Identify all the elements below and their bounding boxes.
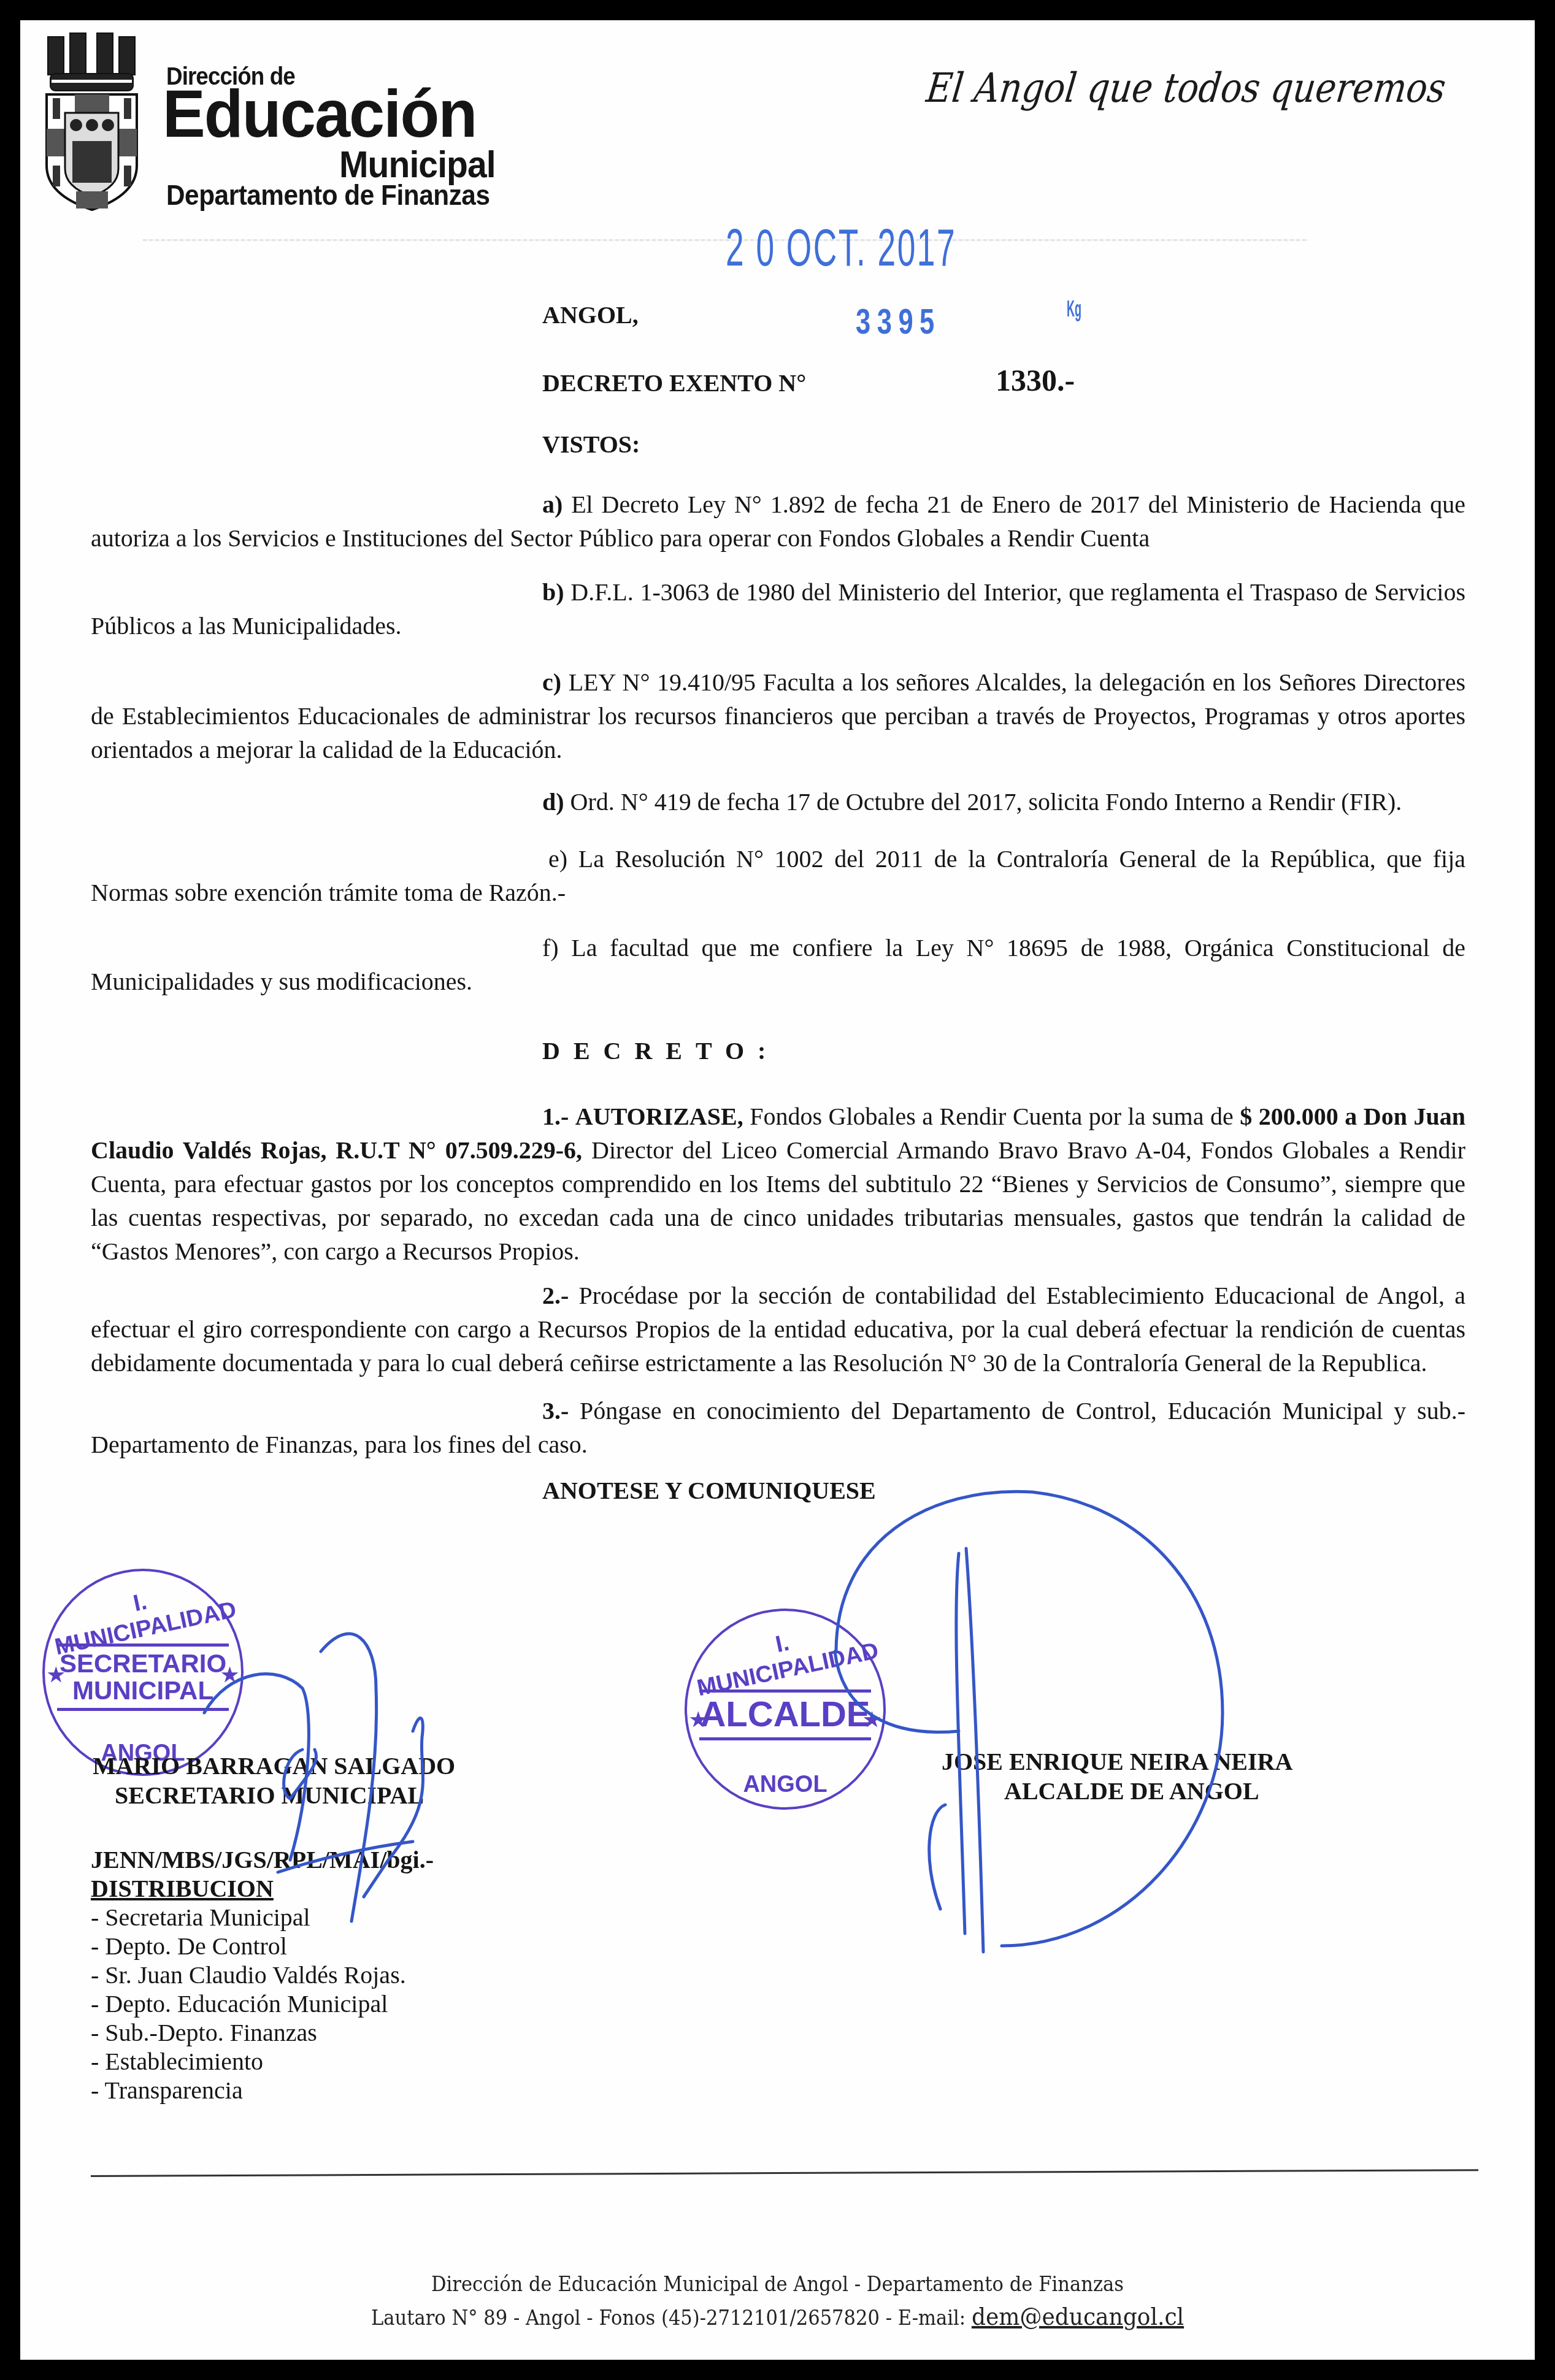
visto-e: e) La Resolución N° 1002 del 2011 de la … xyxy=(91,842,1465,909)
entry-number-stamp: 3395 xyxy=(856,301,941,342)
coat-of-arms-icon xyxy=(38,31,145,213)
vistos-heading: VISTOS: xyxy=(542,430,640,459)
decreto-item-3: 3.- Póngase en conocimiento del Departam… xyxy=(91,1394,1465,1461)
star-icon: ★ xyxy=(863,1708,881,1731)
seal-center: SECRETARIO MUNICIPAL xyxy=(57,1643,229,1711)
decreto-item-1: 1.- AUTORIZASE, Fondos Globales a Rendir… xyxy=(91,1100,1465,1268)
footer-divider xyxy=(91,2169,1478,2177)
distribution-item: - Secretaria Municipal xyxy=(91,1903,434,1932)
visto-b: b) D.F.L. 1-3063 de 1980 del Ministerio … xyxy=(91,575,1465,643)
footer-line-2: Lautaro N° 89 - Angol - Fonos (45)-27121… xyxy=(96,2303,1459,2331)
distribution-title: DISTRIBUCION xyxy=(91,1874,434,1903)
decreto-item-2: 2.- Procédase por la sección de contabil… xyxy=(91,1279,1465,1380)
initials-stamp: Kg xyxy=(1067,296,1081,322)
star-icon: ★ xyxy=(221,1663,239,1686)
mayor-name: JOSE ENRIQUE NEIRA NEIRA xyxy=(942,1747,1292,1777)
distribution-item: - Establecimiento xyxy=(91,2047,434,2076)
closing-phrase: ANOTESE Y COMUNIQUESE xyxy=(542,1476,876,1505)
decreto-heading: DECRETO: xyxy=(542,1036,779,1065)
distribution-item: - Depto. Educación Municipal xyxy=(91,1989,434,2018)
city-label: ANGOL, xyxy=(542,300,639,329)
date-stamp: 2 0 OCT. 2017 xyxy=(726,218,956,278)
secretary-name: MARIO BARRAGAN SALGADO xyxy=(93,1751,455,1781)
visto-c: c) LEY N° 19.410/95 Faculta a los señore… xyxy=(91,665,1465,767)
footer-line-1: Dirección de Educación Municipal de Ango… xyxy=(96,2272,1459,2297)
distribution-item: - Sub.-Depto. Finanzas xyxy=(91,2018,434,2047)
secretary-seal: I. MUNICIPALIDAD SECRETARIO MUNICIPAL ★ … xyxy=(42,1569,244,1776)
decree-number: 1330.- xyxy=(996,362,1075,398)
org-line-3: Municipal xyxy=(339,146,496,184)
mayor-seal: I. MUNICIPALIDAD ALCALDE ★ ★ ANGOL xyxy=(685,1609,886,1810)
visto-d: d) Ord. N° 419 de fecha 17 de Octubre de… xyxy=(91,785,1465,819)
email-link[interactable]: dem@educangol.cl xyxy=(972,2303,1184,2331)
org-line-2: Educación xyxy=(163,80,476,148)
star-icon: ★ xyxy=(689,1708,707,1731)
distribution-item: - Depto. De Control xyxy=(91,1932,434,1961)
distribution-block: JENN/MBS/JGS/RPL/MAI/bgi.- DISTRIBUCION … xyxy=(91,1845,434,2105)
visto-f: f) La facultad que me confiere la Ley N°… xyxy=(91,931,1465,998)
seal-center: ALCALDE xyxy=(699,1689,871,1740)
decree-label: DECRETO EXENTO N° xyxy=(542,369,806,397)
star-icon: ★ xyxy=(47,1663,65,1686)
tagline: El Angol que todos queremos xyxy=(924,64,1448,112)
mayor-title: ALCALDE DE ANGOL xyxy=(1004,1777,1259,1806)
reference-initials: JENN/MBS/JGS/RPL/MAI/bgi.- xyxy=(91,1845,434,1874)
org-line-4: Departamento de Finanzas xyxy=(166,181,490,209)
distribution-item: - Transparencia xyxy=(91,2076,434,2105)
seal-bottom-text: ANGOL xyxy=(687,1772,883,1798)
visto-a: a) El Decreto Ley N° 1.892 de fecha 21 d… xyxy=(91,488,1465,555)
distribution-item: - Sr. Juan Claudio Valdés Rojas. xyxy=(91,1961,434,1989)
secretary-title: SECRETARIO MUNICIPAL xyxy=(115,1781,424,1810)
document-page: Dirección de Educación Municipal Departa… xyxy=(20,20,1535,2360)
